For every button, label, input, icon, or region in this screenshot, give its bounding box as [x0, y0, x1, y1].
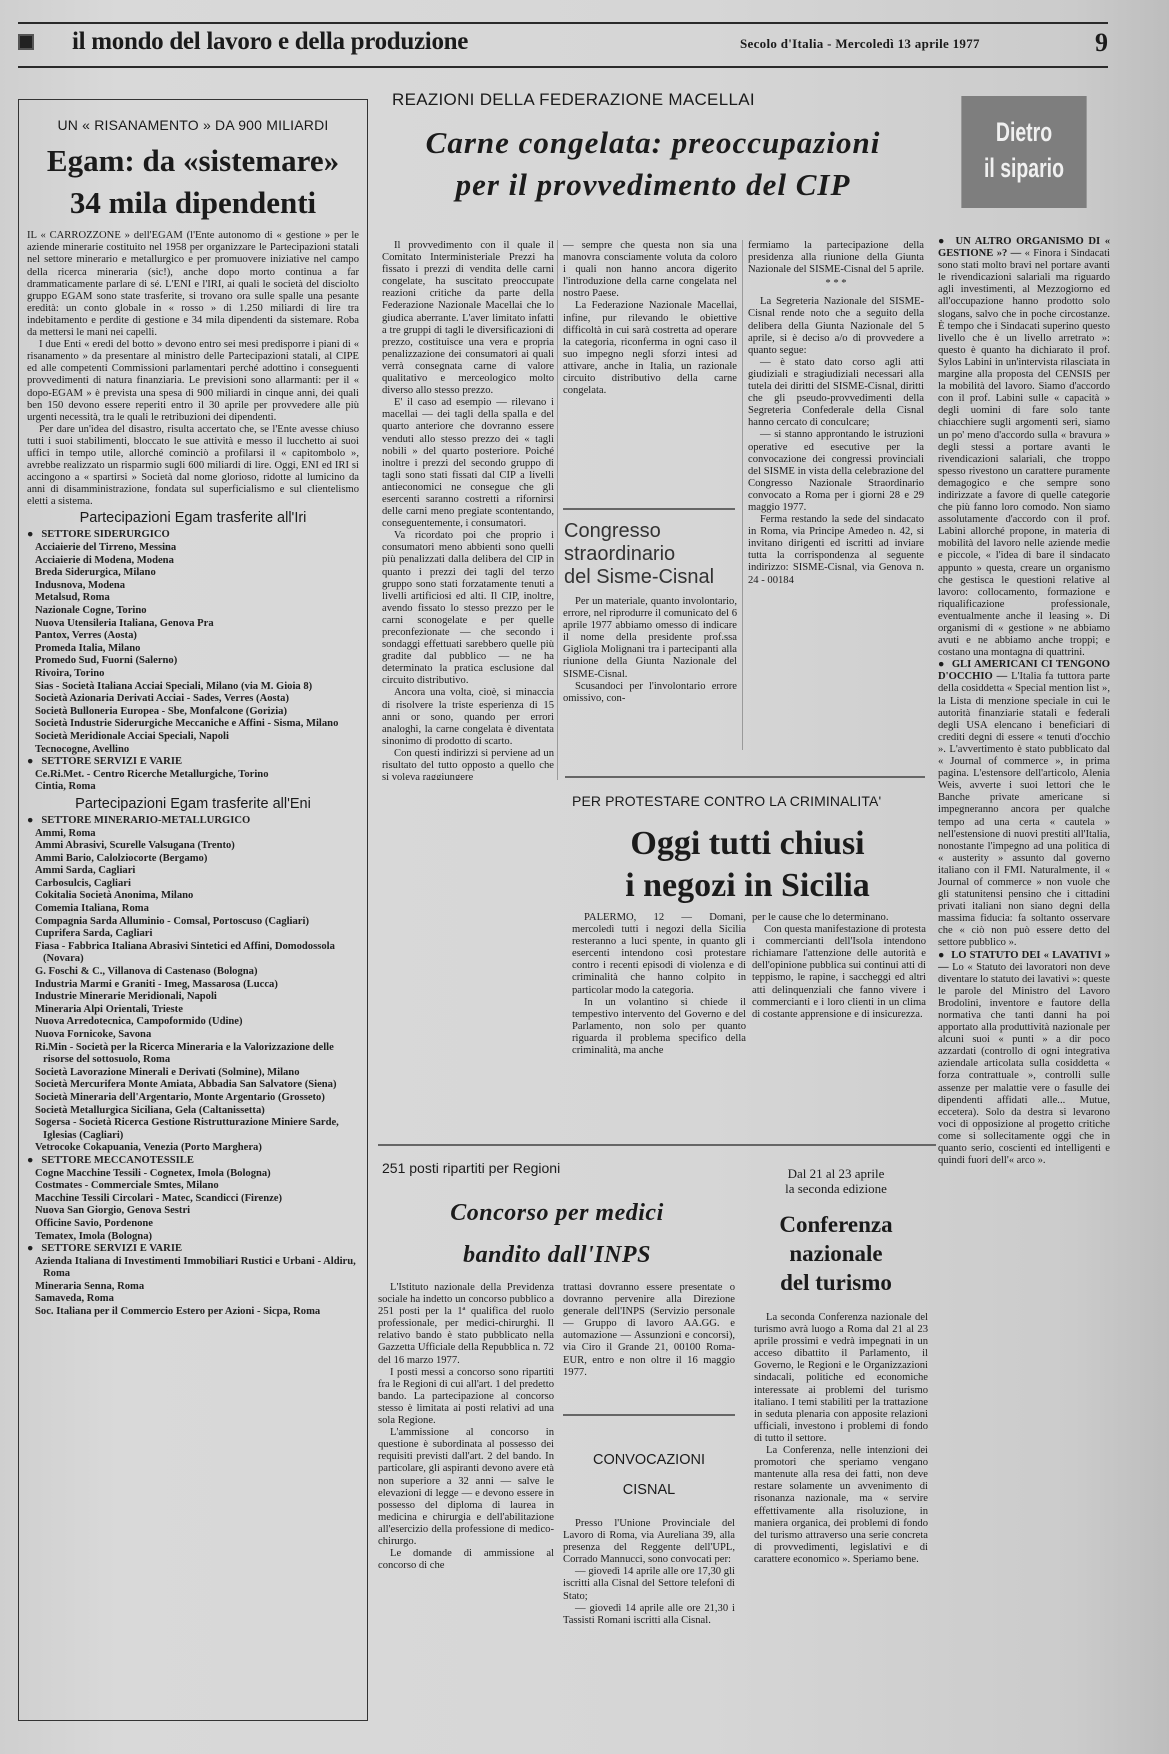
company-list-item: Nuova Fornicoke, Savona	[35, 1029, 359, 1042]
company-list-item: Industria Marmi e Graniti - Imeg, Massar…	[35, 979, 359, 992]
company-list-item: Rivoira, Torino	[35, 668, 359, 681]
sisme-body: Per un materiale, quanto involontario, e…	[563, 596, 737, 746]
sipario-item-text: « Finora i Sindacati sono stati molto br…	[938, 248, 1110, 658]
company-list-item: Sogersa - Società Ricerca Gestione Ristr…	[35, 1117, 359, 1142]
company-list-item: Ammi Bario, Calolziocorte (Bergamo)	[35, 853, 359, 866]
convocazioni-title-2: CISNAL	[563, 1475, 735, 1505]
sisme-headline-2: straordinario	[564, 543, 736, 566]
sicilia-top-rule	[565, 776, 925, 778]
company-list-item: Macchine Tessili Circolari - Matec, Scan…	[35, 1193, 359, 1206]
company-list-item: Cuprifera Sarda, Cagliari	[35, 928, 359, 941]
sicilia-headline-2: i negozi in Sicilia	[565, 865, 930, 907]
carne-col-1: Il provvedimento con il quale il Comitat…	[382, 240, 554, 780]
egam-paragraph: I due Enti « eredi del botto » devono en…	[27, 339, 359, 424]
company-list-item: Vetrocoke Cokapuania, Venezia (Porto Mar…	[35, 1142, 359, 1155]
company-list-item: Società Metallurgica Siciliana, Gela (Ca…	[35, 1105, 359, 1118]
company-list-item: Nuova Utensileria Italiana, Genova Pra	[35, 618, 359, 631]
carne-article: REAZIONI DELLA FEDERAZIONE MACELLAI Carn…	[378, 90, 928, 206]
company-list-item: G. Foschi & C., Villanova di Castenaso (…	[35, 966, 359, 979]
sisme-paragraph: Ferma restando la sede del sindacato in …	[748, 514, 924, 587]
company-list-item: Promeda Italia, Milano	[35, 643, 359, 656]
egam-article: UN « RISANAMENTO » DA 900 MILIARDI Egam:…	[18, 99, 368, 1721]
inps-paragraph: I posti messi a concorso sono ripartiti …	[378, 1367, 554, 1427]
company-list-item: Società Azionaria Derivati Acciai - Sade…	[35, 693, 359, 706]
sisme-paragraph: fermiamo la partecipazione della preside…	[748, 240, 924, 276]
egam-paragraph: IL « CARROZZONE » dell'EGAM (l'Ente auto…	[27, 230, 359, 339]
turismo-headline-1: Conferenza	[746, 1210, 926, 1239]
masthead: il mondo del lavoro e della produzione S…	[18, 28, 1108, 58]
company-list-item: Comemia Italiana, Roma	[35, 903, 359, 916]
company-list-item: Società Bulloneria Europea - Sbe, Monfal…	[35, 706, 359, 719]
company-list-item: Società Industrie Siderurgiche Meccanich…	[35, 718, 359, 731]
company-list-item: Industrie Minerarie Meridionali, Napoli	[35, 991, 359, 1004]
carne-paragraph: — sempre che questa non sia una manovra …	[563, 240, 737, 300]
eni-sector: SETTORE MECCANOTESSILE	[27, 1155, 359, 1168]
carne-headline-1: Carne congelata: preoccupazioni	[378, 122, 928, 164]
company-list-item: Azienda Italiana di Investimenti Immobil…	[35, 1256, 359, 1281]
sicilia-col-1: PALERMO, 12 — Domani, mercoledì tutti i …	[572, 912, 746, 1122]
company-list-item: Ri.Min - Società per la Ricerca Minerari…	[35, 1042, 359, 1067]
convocazioni-rule	[563, 1414, 735, 1416]
sisme-paragraph: Scusandoci per l'involontario errore omi…	[563, 681, 737, 705]
sicilia-col-2: per le cause che lo determinano. Con que…	[752, 912, 926, 1122]
page-number: 9	[1095, 28, 1108, 58]
egam-paragraph: Per dare un'idea del disastro, risulta a…	[27, 424, 359, 509]
carne-paragraph: E' il caso ad esempio — rilevano i macel…	[382, 397, 554, 530]
company-list-item: Officine Savio, Pordenone	[35, 1218, 359, 1231]
inps-col-1: L'Istituto nazionale della Previdenza so…	[378, 1282, 554, 1722]
company-list-item: Società Meridionale Acciai Speciali, Nap…	[35, 731, 359, 744]
carne-kicker: REAZIONI DELLA FEDERAZIONE MACELLAI	[378, 90, 928, 110]
convocazioni-paragraph: — giovedì 14 aprile alle ore 21,30 i Tas…	[563, 1603, 735, 1627]
company-list-item: Cokitalia Società Anonima, Milano	[35, 890, 359, 903]
turismo-kicker-1: Dal 21 al 23 aprile	[746, 1166, 926, 1181]
company-list-item: Mineraria Alpi Orientali, Trieste	[35, 1004, 359, 1017]
sisme-headline: Congresso straordinario del Sisme-Cisnal	[564, 520, 736, 589]
section-title: il mondo del lavoro e della produzione	[72, 28, 468, 56]
turismo-headline-3: del turismo	[746, 1268, 926, 1297]
eni-sector: SETTORE SERVIZI E VARIE	[27, 1243, 359, 1256]
carne-paragraph: Il provvedimento con il quale il Comitat…	[382, 240, 554, 397]
section-square-icon	[18, 34, 34, 50]
iri-sector: SETTORE SIDERURGICO	[27, 529, 359, 542]
top-rule	[18, 22, 1108, 24]
sicilia-paragraph: PALERMO, 12 — Domani, mercoledì tutti i …	[572, 912, 746, 997]
egam-kicker: UN « RISANAMENTO » DA 900 MILIARDI	[19, 117, 367, 133]
company-list-item: Carbosulcis, Cagliari	[35, 878, 359, 891]
company-list-item: Cintia, Roma	[35, 781, 359, 794]
convocazioni-body: Presso l'Unione Provinciale del Lavoro d…	[563, 1518, 735, 1718]
sisme-continued: fermiamo la partecipazione della preside…	[748, 240, 924, 750]
iri-sector-items: Acciaierie del Tirreno, MessinaAcciaieri…	[27, 542, 359, 756]
turismo-body: La seconda Conferenza nazionale del turi…	[754, 1312, 928, 1722]
company-list-item: Nuova San Giorgio, Genova Sestri	[35, 1205, 359, 1218]
company-list-item: Mineraria Senna, Roma	[35, 1281, 359, 1294]
company-list-item: Ammi, Roma	[35, 828, 359, 841]
inps-paragraph: L'Istituto nazionale della Previdenza so…	[378, 1282, 554, 1367]
column-divider	[742, 240, 743, 750]
sipario-item: LO STATUTO DEI « LAVATIVI » — Lo « Statu…	[938, 950, 1110, 1168]
column-divider	[557, 240, 558, 780]
turismo-paragraph: La Conferenza, nelle intenzioni dei prom…	[754, 1445, 928, 1566]
company-list-item: Indusnova, Modena	[35, 580, 359, 593]
company-list-item: Ce.Ri.Met. - Centro Ricerche Metallurgic…	[35, 769, 359, 782]
sicilia-paragraph: In un volantino si chiede il tempestivo …	[572, 997, 746, 1057]
company-list-item: Soc. Italiana per il Commercio Estero pe…	[35, 1306, 359, 1319]
company-list-item: Fiasa - Fabbrica Italiana Abrasivi Sinte…	[35, 941, 359, 966]
company-list-item: Samaveda, Roma	[35, 1293, 359, 1306]
carne-paragraph: Ancora una volta, cioè, si minaccia di r…	[382, 687, 554, 747]
sicilia-paragraph: per le cause che lo determinano.	[752, 912, 926, 924]
inps-paragraph: L'ammissione al concorso in questione è …	[378, 1427, 554, 1548]
iri-list: SETTORE SIDERURGICO Acciaierie del Tirre…	[27, 529, 359, 793]
sipario-item-text: Lo « Statuto dei lavoratori non deve div…	[938, 962, 1110, 1167]
sipario-logo: Dietro il sipario	[961, 96, 1086, 208]
sisme-paragraph: — è stato dato corso agli atti giudizial…	[748, 357, 924, 430]
sipario-title-2: il sipario	[961, 150, 1086, 186]
carne-paragraph: La Federazione Nazionale Macellai, infin…	[563, 300, 737, 397]
sipario-item-text: L'Italia fa tuttora parte della cosiddet…	[938, 671, 1110, 948]
eni-sector-items: Ammi, RomaAmmi Abrasivi, Scurelle Valsug…	[27, 828, 359, 1155]
masthead-rule	[18, 66, 1108, 68]
company-list-item: Tecnocogne, Avellino	[35, 744, 359, 757]
turismo-kicker: Dal 21 al 23 aprile la seconda edizione	[746, 1166, 926, 1196]
turismo-headline-2: nazionale	[746, 1239, 926, 1268]
egam-headline-2: 34 mila dipendenti	[19, 185, 367, 221]
sisme-paragraph: — si stanno approntando le istruzioni op…	[748, 429, 924, 514]
eni-sector: SETTORE MINERARIO-METALLURGICO	[27, 815, 359, 828]
company-list-item: Acciaierie di Modena, Modena	[35, 555, 359, 568]
sicilia-kicker: PER PROTESTARE CONTRO LA CRIMINALITA'	[572, 793, 881, 809]
eni-sector-items: Azienda Italiana di Investimenti Immobil…	[27, 1256, 359, 1319]
company-list-item: Ammi Sarda, Cagliari	[35, 865, 359, 878]
company-list-item: Promedo Sud, Fuorni (Salerno)	[35, 655, 359, 668]
carne-headline-2: per il provvedimento del CIP	[378, 164, 928, 206]
company-list-item: Cogne Macchine Tessili - Cognetex, Imola…	[35, 1168, 359, 1181]
convocazioni-title-1: CONVOCAZIONI	[563, 1445, 735, 1475]
company-list-item: Ammi Abrasivi, Scurelle Valsugana (Trent…	[35, 840, 359, 853]
company-list-item: Nazionale Cogne, Torino	[35, 605, 359, 618]
company-list-item: Società Mercurifera Monte Amiata, Abbadi…	[35, 1079, 359, 1092]
sipario-column: UN ALTRO ORGANISMO DI « GESTIONE »? — « …	[938, 236, 1110, 1726]
sisme-headline-1: Congresso	[564, 520, 736, 543]
sicilia-headline-1: Oggi tutti chiusi	[565, 823, 930, 865]
carne-col-2: — sempre che questa non sia una manovra …	[563, 240, 737, 480]
convocazioni-title: CONVOCAZIONI CISNAL	[563, 1445, 735, 1505]
company-list-item: Pantox, Verres (Aosta)	[35, 630, 359, 643]
inps-headline-2: bandito dall'INPS	[382, 1234, 732, 1276]
inps-paragraph: Le domande di ammissione al concorso di …	[378, 1548, 554, 1572]
company-list-item: Società Lavorazione Minerali e Derivati …	[35, 1067, 359, 1080]
sisme-paragraph: Per un materiale, quanto involontario, e…	[563, 596, 737, 681]
iri-sector: SETTORE SERVIZI E VARIE	[27, 756, 359, 769]
turismo-paragraph: La seconda Conferenza nazionale del turi…	[754, 1312, 928, 1445]
convocazioni-paragraph: — giovedì 14 aprile alle ore 17,30 gli i…	[563, 1566, 735, 1602]
company-list-item: Tematex, Imola (Bologna)	[35, 1231, 359, 1244]
eni-sector-items: Cogne Macchine Tessili - Cognetex, Imola…	[27, 1168, 359, 1244]
carne-paragraph: Va ricordato poi che proprio i consumato…	[382, 530, 554, 687]
sicilia-headline: Oggi tutti chiusi i negozi in Sicilia	[565, 823, 930, 907]
egam-headline-1: Egam: da «sistemare»	[19, 143, 367, 179]
newspaper-page: il mondo del lavoro e della produzione S…	[0, 0, 1169, 1754]
company-list-item: Compagnia Sarda Alluminio - Comsal, Port…	[35, 916, 359, 929]
separator: * * *	[748, 278, 924, 290]
inps-headline: Concorso per medici bandito dall'INPS	[382, 1192, 732, 1276]
inps-kicker: 251 posti ripartiti per Regioni	[382, 1160, 560, 1176]
egam-body: IL « CARROZZONE » dell'EGAM (l'Ente auto…	[27, 230, 359, 508]
sipario-item: GLI AMERICANI CI TENGONO D'OCCHIO — L'It…	[938, 659, 1110, 949]
company-list-item: Acciaierie del Tirreno, Messina	[35, 542, 359, 555]
sipario-title-1: Dietro	[961, 114, 1086, 150]
company-list-item: Metalsud, Roma	[35, 592, 359, 605]
company-list-item: Nuova Arredotecnica, Campoformido (Udine…	[35, 1016, 359, 1029]
iri-sector-items: Ce.Ri.Met. - Centro Ricerche Metallurgic…	[27, 769, 359, 794]
iri-subtitle: Partecipazioni Egam trasferite all'Iri	[19, 510, 367, 526]
lower-rule	[378, 1144, 936, 1146]
company-list-item: Breda Siderurgica, Milano	[35, 567, 359, 580]
inps-headline-1: Concorso per medici	[382, 1192, 732, 1234]
date-line: Secolo d'Italia - Mercoledì 13 aprile 19…	[740, 36, 980, 52]
sipario-item: UN ALTRO ORGANISMO DI « GESTIONE »? — « …	[938, 236, 1110, 659]
carne-paragraph: Con questi indirizzi si perviene ad un r…	[382, 748, 554, 780]
company-list-item: Società Mineraria dell'Argentario, Monte…	[35, 1092, 359, 1105]
sisme-headline-3: del Sisme-Cisnal	[564, 566, 736, 589]
turismo-kicker-2: la seconda edizione	[746, 1181, 926, 1196]
company-list-item: Sias - Società Italiana Acciai Speciali,…	[35, 681, 359, 694]
company-list-item: Costmates - Commerciale Smtes, Milano	[35, 1180, 359, 1193]
sicilia-paragraph: Con questa manifestazione di protesta i …	[752, 924, 926, 1021]
eni-subtitle: Partecipazioni Egam trasferite all'Eni	[19, 796, 367, 812]
inps-col-2: trattasi dovranno essere presentate o do…	[563, 1282, 735, 1392]
sisme-top-rule	[563, 508, 735, 510]
inps-paragraph: trattasi dovranno essere presentate o do…	[563, 1282, 735, 1379]
sisme-paragraph: La Segreteria Nazionale del SISME-Cisnal…	[748, 296, 924, 356]
convocazioni-paragraph: Presso l'Unione Provinciale del Lavoro d…	[563, 1518, 735, 1566]
eni-list: SETTORE MINERARIO-METALLURGICO Ammi, Rom…	[27, 815, 359, 1319]
turismo-headline: Conferenza nazionale del turismo	[746, 1210, 926, 1297]
